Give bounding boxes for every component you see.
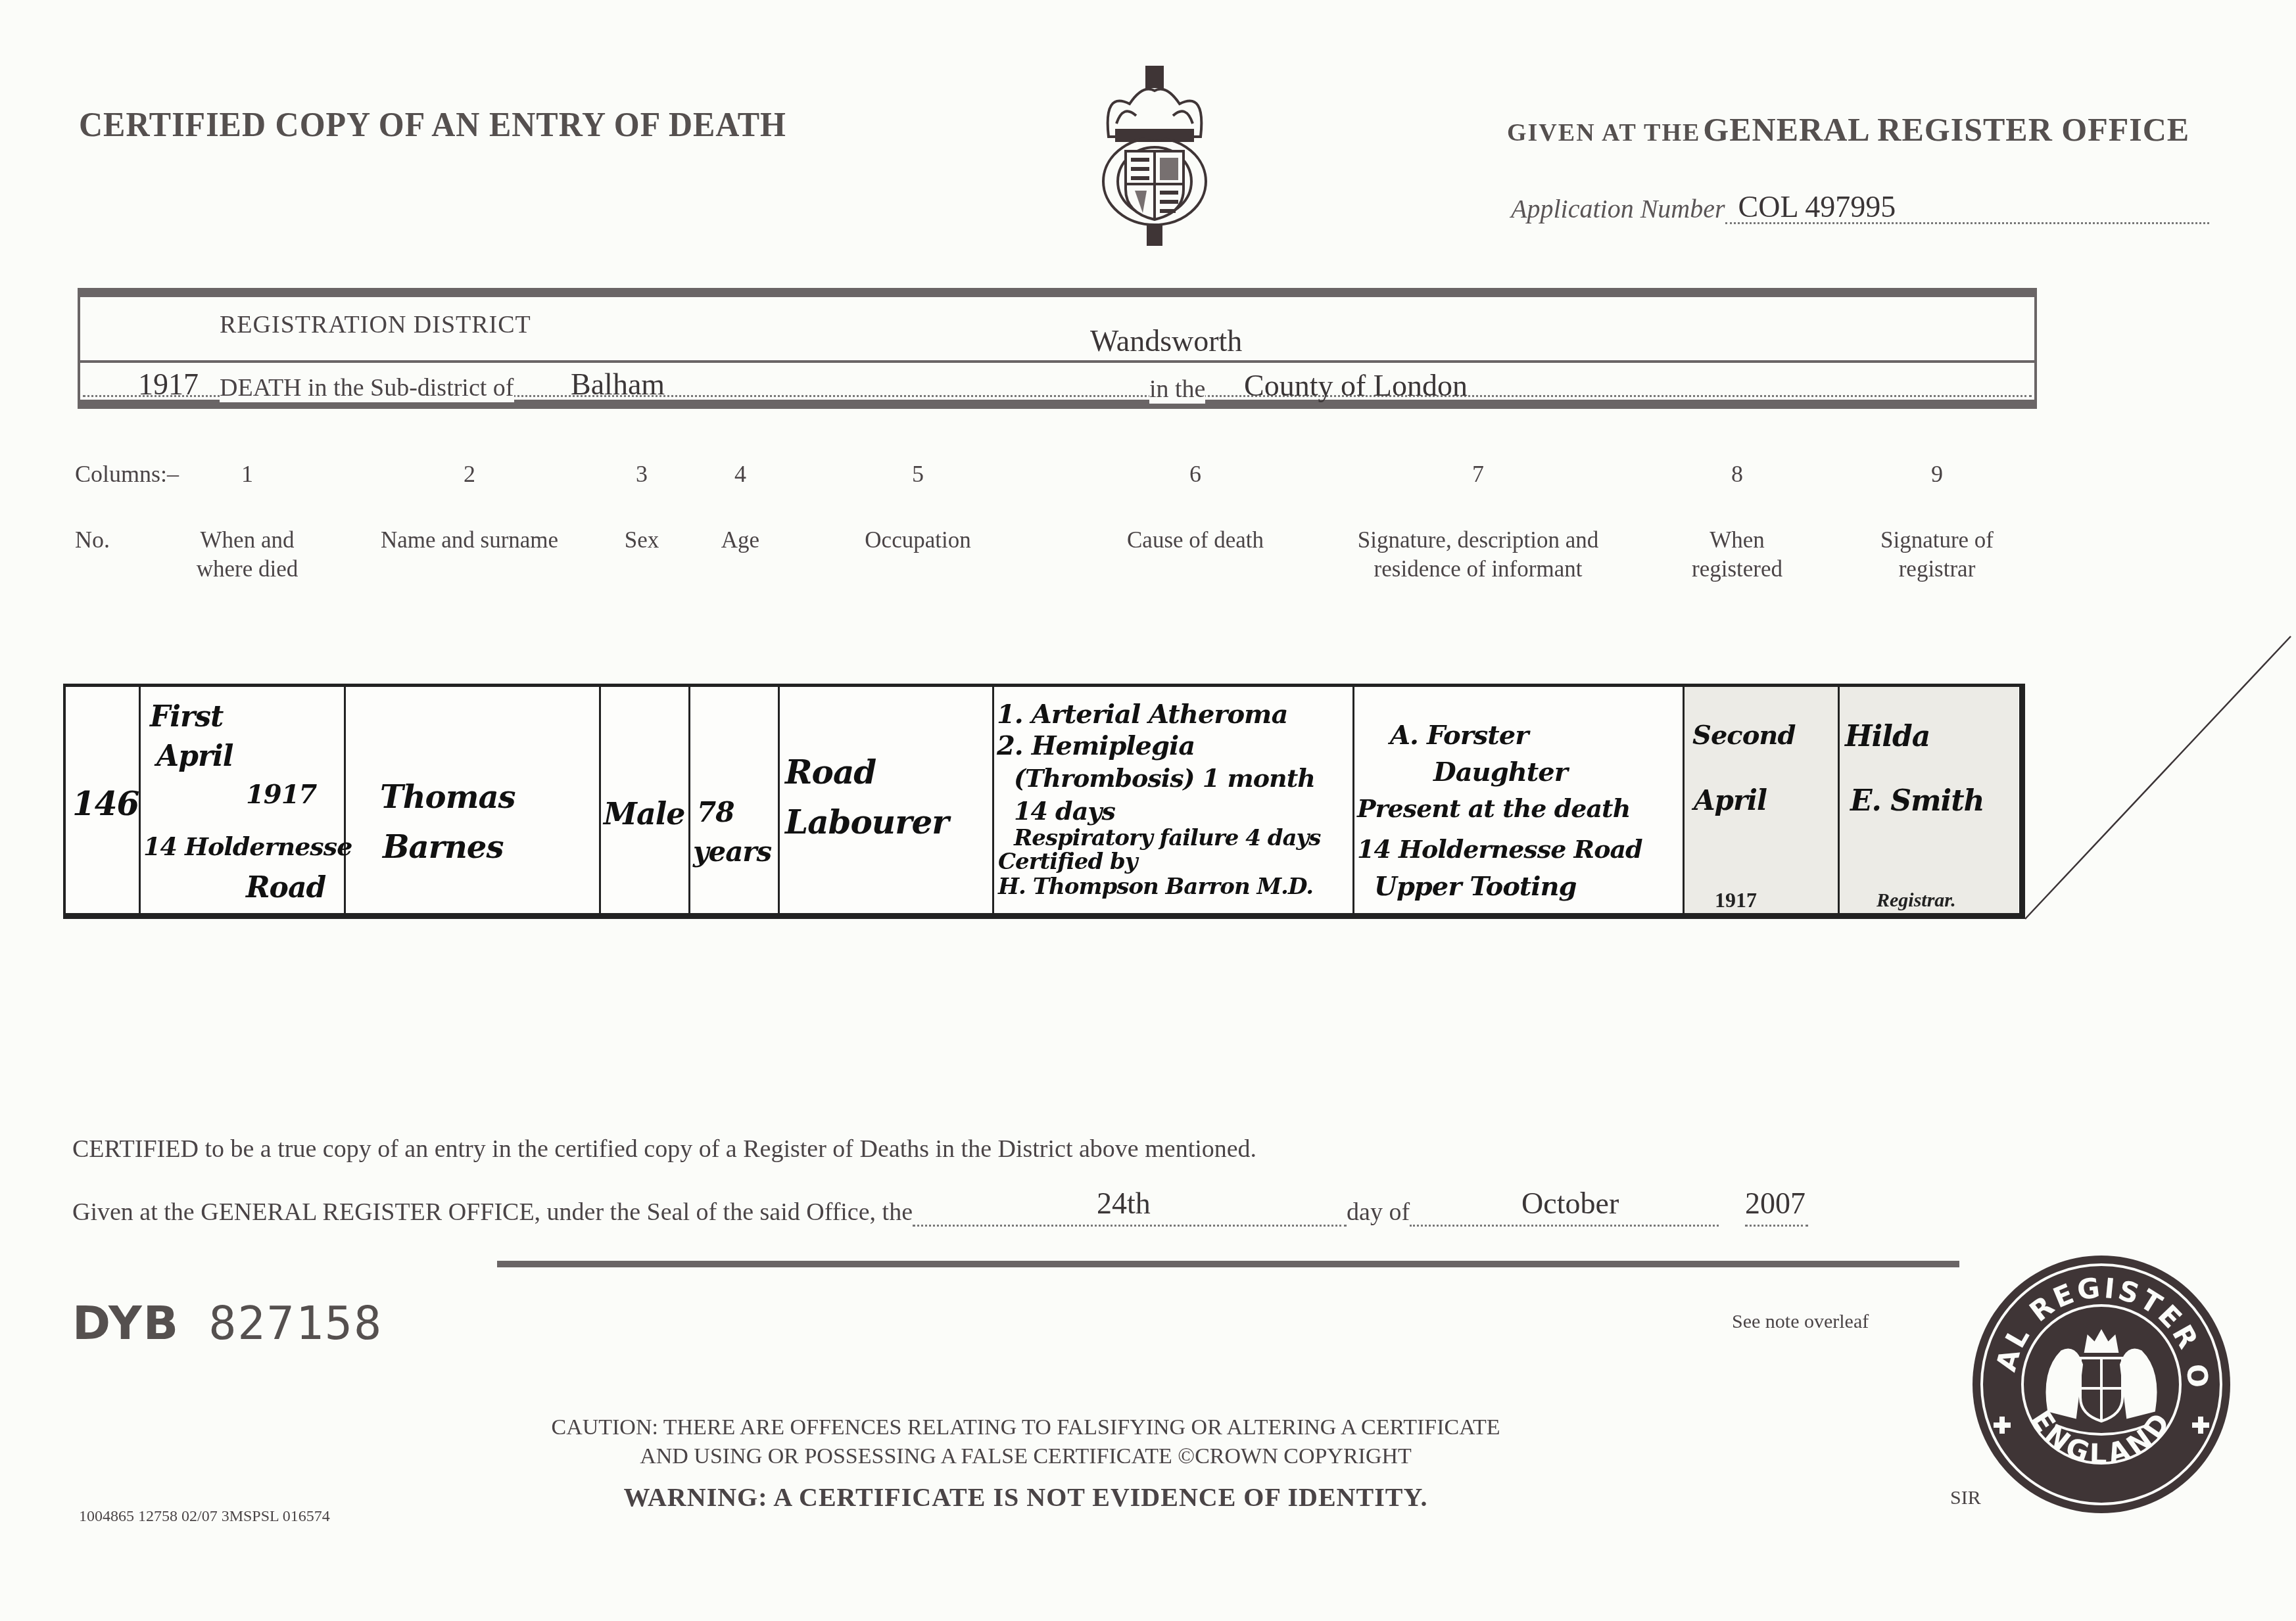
application-number-label: Application Number bbox=[1511, 193, 1725, 224]
column-number: 3 bbox=[615, 460, 668, 488]
column-number: 4 bbox=[714, 460, 767, 488]
given-text: Given at the GENERAL REGISTER OFFICE, un… bbox=[72, 1198, 913, 1226]
office-name: GENERAL REGISTER OFFICE bbox=[1703, 111, 2189, 148]
caution-notice: CAUTION: THERE ARE OFFENCES RELATING TO … bbox=[487, 1413, 1565, 1471]
column-header-no: No. bbox=[75, 526, 110, 553]
column-header: When registered bbox=[1678, 526, 1796, 584]
horizontal-rule bbox=[497, 1261, 1959, 1267]
registration-district-box: REGISTRATION DISTRICT Wandsworth 1917 DE… bbox=[78, 288, 2037, 409]
application-number-field: Application Number COL 497995 bbox=[1511, 192, 2209, 224]
application-number-value: COL 497995 bbox=[1725, 192, 2209, 224]
registration-district-label: REGISTRATION DISTRICT bbox=[220, 310, 531, 339]
cell-sex: Male bbox=[601, 687, 690, 913]
royal-crest-icon bbox=[1097, 64, 1212, 247]
registration-district-value: Wandsworth bbox=[1090, 323, 1242, 358]
identity-warning: WARNING: A CERTIFICATE IS NOT EVIDENCE O… bbox=[487, 1482, 1565, 1513]
print-code: 1004865 12758 02/07 3MSPSL 016574 bbox=[79, 1508, 330, 1526]
given-at-prefix: GIVEN AT THE bbox=[1507, 119, 1700, 147]
column-number: 1 bbox=[221, 460, 274, 488]
given-statement: Given at the GENERAL REGISTER OFFICE, un… bbox=[72, 1198, 1940, 1227]
columns-label: Columns:– bbox=[75, 460, 179, 488]
column-number: 7 bbox=[1452, 460, 1504, 488]
register-entry-row: 146 First April 1917 14 Holdernesse Road… bbox=[63, 684, 2025, 919]
see-note-overleaf: See note overleaf bbox=[1732, 1311, 1869, 1333]
gro-seal-icon: GENERAL REGISTER OFFICE ENGLAND bbox=[1970, 1253, 2233, 1516]
certificate-serial-number: DYB 827158 bbox=[72, 1296, 383, 1350]
column-number: 9 bbox=[1911, 460, 1963, 488]
column-number: 8 bbox=[1711, 460, 1763, 488]
column-header: Cause of death bbox=[1077, 526, 1314, 555]
cell-cause-of-death: 1. Arterial Atheroma 2. Hemiplegia (Thro… bbox=[994, 687, 1354, 913]
cell-registrar-signature: Hilda E. Smith Registrar. bbox=[1840, 687, 2019, 913]
cell-when-where-died: First April 1917 14 Holdernesse Road bbox=[141, 687, 346, 913]
year-value: 2007 bbox=[1745, 1186, 1806, 1221]
column-header: When and where died bbox=[181, 526, 313, 584]
subdistrict-value: Balham bbox=[571, 367, 665, 402]
column-header: Occupation bbox=[800, 526, 1036, 555]
cell-occupation: Road Labourer bbox=[780, 687, 994, 913]
certification-statement: CERTIFIED to be a true copy of an entry … bbox=[72, 1135, 1256, 1163]
cell-no: 146 bbox=[66, 687, 141, 913]
cell-age: 78 years bbox=[690, 687, 780, 913]
column-number: 5 bbox=[892, 460, 944, 488]
cell-informant: A. Forster Daughter Present at the death… bbox=[1354, 687, 1685, 913]
entry-number: 146 bbox=[72, 784, 139, 823]
cell-name: Thomas Barnes bbox=[346, 687, 601, 913]
office-heading: GIVEN AT THE GENERAL REGISTER OFFICE bbox=[1507, 110, 2189, 149]
column-header: Signature, description and residence of … bbox=[1333, 526, 1623, 584]
cancellation-diagonal-line bbox=[2022, 632, 2296, 922]
death-year: 1917 bbox=[138, 367, 199, 402]
in-the-label: in the bbox=[1149, 375, 1205, 404]
cell-when-registered: Second April 1917 bbox=[1685, 687, 1840, 913]
column-header: Signature of registrar bbox=[1865, 526, 2009, 584]
county-value: County of London bbox=[1244, 368, 1468, 403]
month-value: October bbox=[1521, 1186, 1619, 1221]
column-number: 2 bbox=[443, 460, 496, 488]
certificate-title: CERTIFIED COPY OF AN ENTRY OF DEATH bbox=[79, 105, 786, 145]
subdistrict-label: DEATH in the Sub-district of bbox=[220, 373, 514, 402]
day-value: 24th bbox=[1097, 1186, 1151, 1221]
day-of-label: day of bbox=[1347, 1198, 1410, 1226]
column-number: 6 bbox=[1169, 460, 1222, 488]
